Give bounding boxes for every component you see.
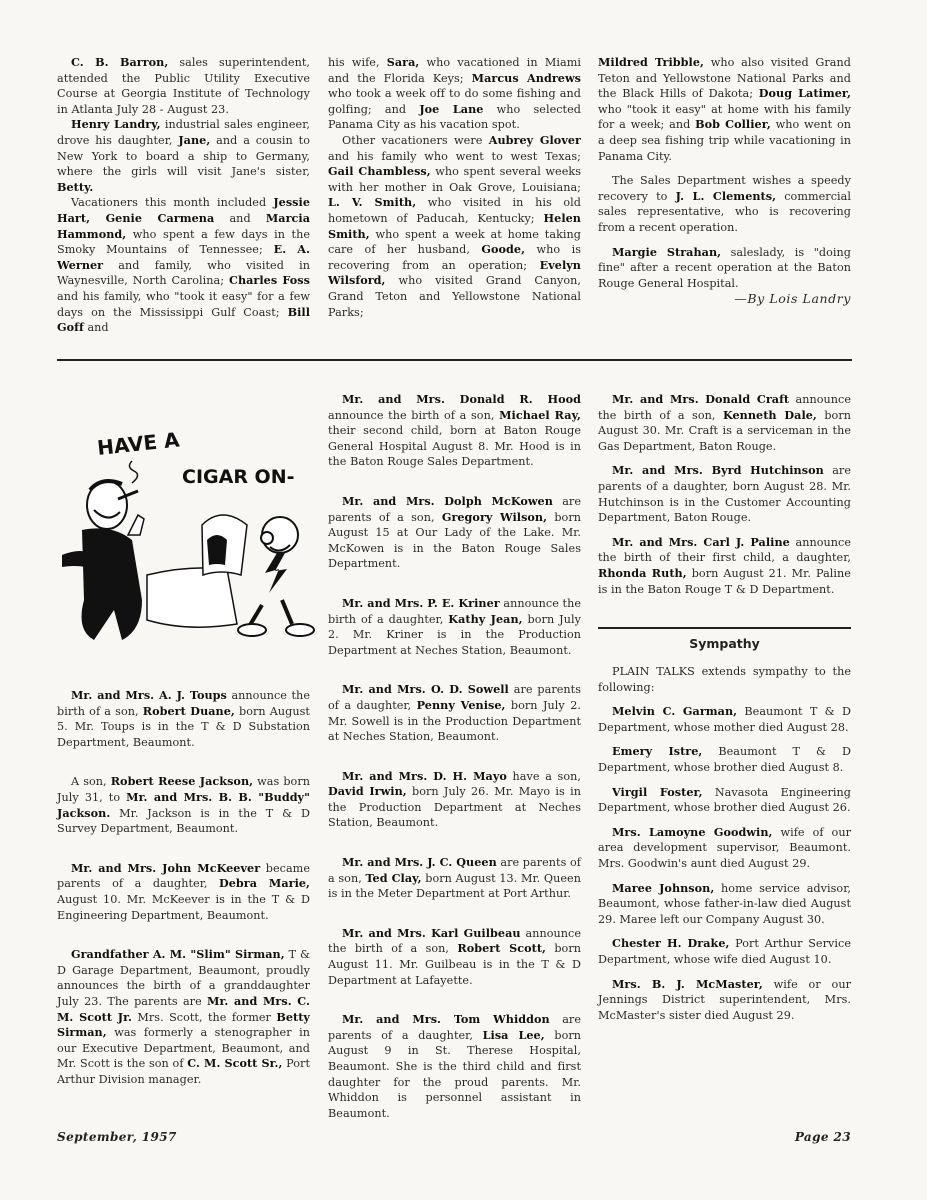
svg-text:HAVE A: HAVE A [96,427,181,460]
svg-text:CIGAR ON-: CIGAR ON- [182,466,295,488]
announcement-whiddon: Mr. and Mrs. Tom Whiddon are parents of … [328,1012,581,1121]
sympathy-garman: Melvin C. Garman, Beaumont T & D Departm… [598,704,851,735]
paragraph-landry: Henry Landry, industrial sales engineer,… [57,117,310,195]
announcement-queen: Mr. and Mrs. J. C. Queen are parents of … [328,855,581,902]
announcement-jackson: A son, Robert Reese Jackson, was born Ju… [57,774,310,836]
sympathy-istre: Emery Istre, Beaumont T & D Department, … [598,744,851,775]
sympathy-divider [598,627,851,629]
births-column-3: Mr. and Mrs. Donald Craft announce the b… [598,392,851,597]
sympathy-johnson: Maree Johnson, home service advisor, Bea… [598,881,851,928]
paragraph-other-vacationers: Other vacationers were Aubrey Glover and… [328,133,581,320]
sympathy-drake: Chester H. Drake, Port Arthur Service De… [598,936,851,967]
paragraph-strahan: Margie Strahan, saleslady, is "doing fin… [598,245,851,292]
announcement-mckowen: Mr. and Mrs. Dolph McKowen are parents o… [328,494,581,572]
sympathy-goodwin: Mrs. Lamoyne Goodwin, wife of our area d… [598,825,851,872]
cigar-cartoon-illustration: HAVE A CIGAR ON- [62,395,317,655]
sympathy-mcmaster: Mrs. B. J. McMaster, wife or our Jenning… [598,977,851,1024]
paragraph-vacationers: Vacationers this month included Jessie H… [57,195,310,335]
announcement-craft: Mr. and Mrs. Donald Craft announce the b… [598,392,851,454]
paragraph-tribble: Mildred Tribble, who also visited Grand … [598,55,851,164]
paragraph-barron: C. B. Barron, sales superintendent, atte… [57,55,310,117]
paragraph-clements: The Sales Department wishes a speedy rec… [598,173,851,235]
sympathy-foster: Virgil Foster, Navasota Engineering Depa… [598,785,851,816]
announcement-toups: Mr. and Mrs. A. J. Toups announce the bi… [57,688,310,750]
sympathy-column: PLAIN TALKS extends sympathy to the foll… [598,664,851,1023]
paragraph-goff-cont: his wife, Sara, who vacationed in Miami … [328,55,581,133]
footer-page-number: Page 23 [795,1130,851,1144]
announcement-sirman: Grandfather A. M. "Slim" Sirman, T & D G… [57,947,310,1087]
announcement-mckeever: Mr. and Mrs. John McKeever became parent… [57,861,310,923]
top-column-1: C. B. Barron, sales superintendent, atte… [57,55,310,336]
announcement-kriner: Mr. and Mrs. P. E. Kriner announce the b… [328,596,581,658]
footer-date: September, 1957 [57,1130,177,1144]
announcement-sowell: Mr. and Mrs. O. D. Sowell are parents of… [328,682,581,744]
announcement-paline: Mr. and Mrs. Carl J. Paline announce the… [598,535,851,597]
sympathy-heading: Sympathy [598,636,851,651]
announcement-guilbeau: Mr. and Mrs. Karl Guilbeau announce the … [328,926,581,988]
announcement-mayo: Mr. and Mrs. D. H. Mayo have a son, Davi… [328,769,581,831]
top-column-3: Mildred Tribble, who also visited Grand … [598,55,851,307]
section-divider [57,359,852,361]
births-column-1: Mr. and Mrs. A. J. Toups announce the bi… [57,688,310,1087]
announcement-hutchinson: Mr. and Mrs. Byrd Hutchinson are parents… [598,463,851,525]
cartoon-icon: HAVE A CIGAR ON- [62,395,317,655]
sympathy-intro: PLAIN TALKS extends sympathy to the foll… [598,664,851,695]
byline: —By Lois Landry [598,291,851,307]
top-column-2: his wife, Sara, who vacationed in Miami … [328,55,581,320]
births-column-2: Mr. and Mrs. Donald R. Hood announce the… [328,392,581,1121]
announcement-hood: Mr. and Mrs. Donald R. Hood announce the… [328,392,581,470]
